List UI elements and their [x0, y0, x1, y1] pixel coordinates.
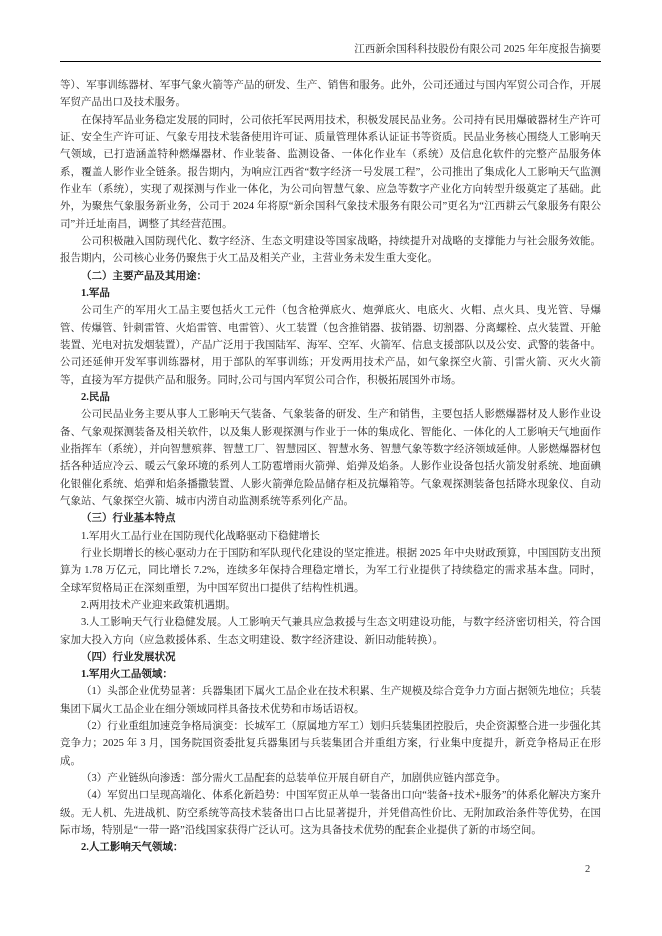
paragraph: 行业长期增长的核心驱动力在于国防和军队现代化建设的坚定推进。根据 2025 年中…: [60, 545, 601, 597]
section-heading: 2.人工影响天气领域：: [60, 839, 601, 856]
paragraph: 1.军用火工品行业在国防现代化战略驱动下稳健增长: [60, 528, 601, 545]
paragraph: 3.人工影响天气行业稳健发展。人工影响天气兼具应急救援与生态文明建设功能，与数字…: [60, 614, 601, 649]
header-rule: [60, 61, 601, 62]
section-heading: 2.民品: [60, 389, 601, 406]
paragraph: （4）军贸出口呈现高端化、体系化新趋势：中国军贸正从单一装备出口向“装备+技术+…: [60, 787, 601, 839]
paragraph: 2.两用技术产业迎来政策机遇期。: [60, 597, 601, 614]
header-title: 江西新余国科科技股份有限公司 2025 年年度报告摘要: [354, 44, 601, 55]
paragraph: 等）、军事训练器材、军事气象火箭等产品的研发、生产、销售和服务。此外，公司还通过…: [60, 77, 601, 112]
paragraph: 在保持军品业务稳定发展的同时，公司依托军民两用技术，积极发展民品业务。公司持有民…: [60, 112, 601, 233]
paragraph: 公司生产的军用火工品主要包括火工元件（包含枪弹底火、炮弹底火、电底火、火帽、点火…: [60, 302, 601, 389]
paragraph: 公司积极融入国防现代化、数字经济、生态文明建设等国家战略，持续提升对战略的支撑能…: [60, 233, 601, 268]
page-header: 江西新余国科科技股份有限公司 2025 年年度报告摘要: [60, 43, 601, 57]
section-heading: （三）行业基本特点: [60, 510, 601, 527]
paragraph: 公司民品业务主要从事人工影响天气装备、气象装备的研发、生产和销售，主要包括人影燃…: [60, 406, 601, 510]
section-heading: （二）主要产品及其用途：: [60, 268, 601, 285]
document-body: 等）、军事训练器材、军事气象火箭等产品的研发、生产、销售和服务。此外，公司还通过…: [60, 77, 601, 857]
report-page: 江西新余国科科技股份有限公司 2025 年年度报告摘要 等）、军事训练器材、军事…: [0, 0, 662, 936]
section-heading: （四）行业发展状况: [60, 649, 601, 666]
section-heading: 1.军用火工品领域：: [60, 666, 601, 683]
paragraph: （1）头部企业优势显著：兵器集团下属火工品企业在技术积累、生产规模及综合竞争力方…: [60, 683, 601, 718]
page-number: 2: [585, 864, 590, 875]
paragraph: （3）产业链纵向渗透：部分需火工品配套的总装单位开展自研自产，加剧供应链内部竞争…: [60, 770, 601, 787]
section-heading: 1.军品: [60, 285, 601, 302]
paragraph: （2）行业重组加速竞争格局演变：长城军工（原属地方军工）划归兵装集团控股后，央企…: [60, 718, 601, 770]
